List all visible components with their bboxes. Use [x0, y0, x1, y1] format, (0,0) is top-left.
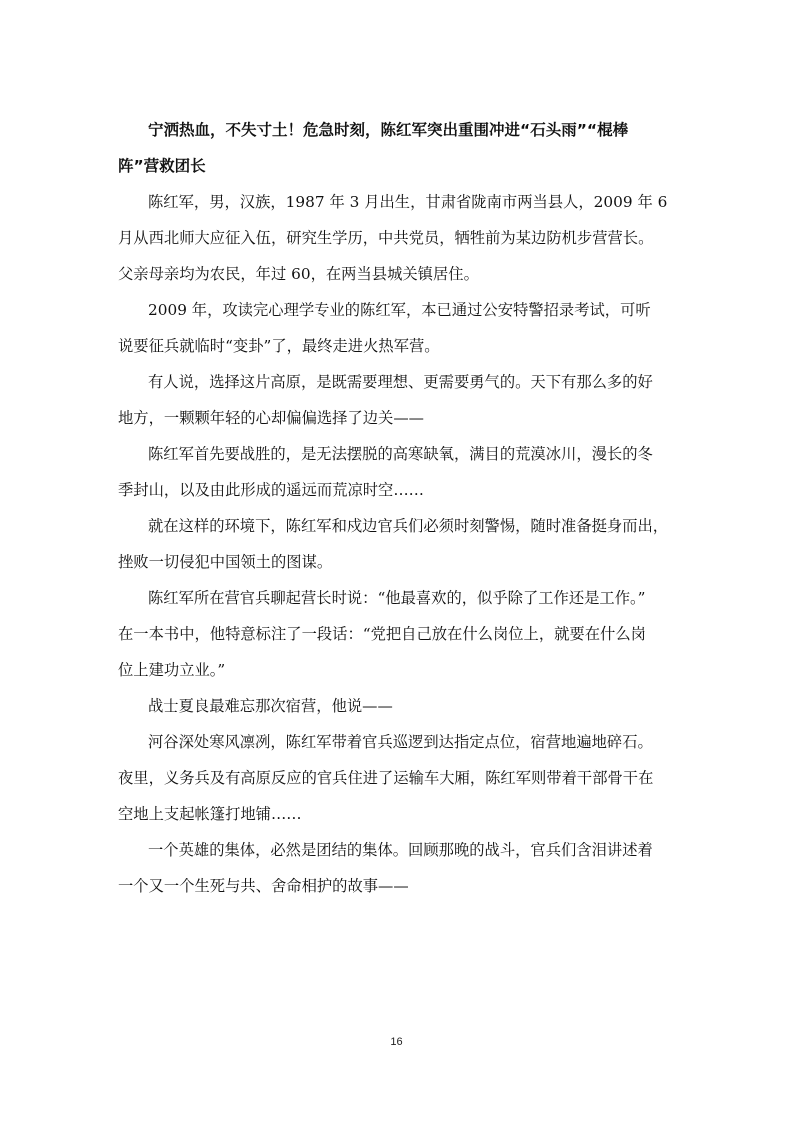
text-line: 一个英雄的集体，必然是团结的集体。回顾那晚的战斗，官兵们含泪讲述着	[118, 832, 670, 868]
paragraph: 有人说，选择这片高原，是既需要理想、更需要勇气的。天下有那么多的好 地方，一颗颗…	[118, 364, 670, 436]
paragraph: 战士夏良最难忘那次宿营，他说——	[118, 688, 670, 724]
heading-line: 阵”营救团长	[118, 148, 670, 184]
document-page: 宁洒热血，不失寸土！危急时刻，陈红军突出重围冲进“石头雨”“棍棒 阵”营救团长 …	[0, 0, 793, 1122]
paragraph: 陈红军所在营官兵聊起营长时说：“他最喜欢的，似乎除了工作还是工作。” 在一本书中…	[118, 580, 670, 688]
text-line: 月从西北师大应征入伍，研究生学历，中共党员，牺牲前为某边防机步营营长。	[118, 220, 670, 256]
text-line: 陈红军首先要战胜的，是无法摆脱的高寒缺氧，满目的荒漠冰川，漫长的冬	[118, 436, 670, 472]
text-line: 河谷深处寒风凛冽，陈红军带着官兵巡逻到达指定点位，宿营地遍地碎石。	[118, 724, 670, 760]
paragraph: 就在这样的环境下，陈红军和戍边官兵们必须时刻警惕，随时准备挺身而出， 挫败一切侵…	[118, 508, 670, 580]
text-line: 有人说，选择这片高原，是既需要理想、更需要勇气的。天下有那么多的好	[118, 364, 670, 400]
page-number: 16	[0, 1036, 793, 1048]
text-line: 一个又一个生死与共、舍命相护的故事——	[118, 868, 670, 904]
text-line: 夜里，义务兵及有高原反应的官兵住进了运输车大厢，陈红军则带着干部骨干在	[118, 760, 670, 796]
text-line: 说要征兵就临时“变卦”了，最终走进火热军营。	[118, 328, 670, 364]
article-heading: 宁洒热血，不失寸土！危急时刻，陈红军突出重围冲进“石头雨”“棍棒 阵”营救团长	[118, 112, 670, 184]
text-line: 在一本书中，他特意标注了一段话：“党把自己放在什么岗位上，就要在什么岗	[118, 616, 670, 652]
text-line: 位上建功立业。”	[118, 652, 670, 688]
text-line: 战士夏良最难忘那次宿营，他说——	[118, 688, 670, 724]
text-line: 空地上支起帐篷打地铺……	[118, 796, 670, 832]
text-line: 陈红军，男，汉族，1987 年 3 月出生，甘肃省陇南市两当县人，2009 年 …	[118, 184, 670, 220]
text-line: 父亲母亲均为农民，年过 60，在两当县城关镇居住。	[118, 256, 670, 292]
text-line: 挫败一切侵犯中国领土的图谋。	[118, 544, 670, 580]
text-line: 就在这样的环境下，陈红军和戍边官兵们必须时刻警惕，随时准备挺身而出，	[118, 508, 670, 544]
paragraph: 2009 年，攻读完心理学专业的陈红军，本已通过公安特警招录考试，可听 说要征兵…	[118, 292, 670, 364]
paragraph: 陈红军首先要战胜的，是无法摆脱的高寒缺氧，满目的荒漠冰川，漫长的冬 季封山，以及…	[118, 436, 670, 508]
paragraph: 陈红军，男，汉族，1987 年 3 月出生，甘肃省陇南市两当县人，2009 年 …	[118, 184, 670, 292]
heading-line: 宁洒热血，不失寸土！危急时刻，陈红军突出重围冲进“石头雨”“棍棒	[118, 112, 670, 148]
paragraph: 一个英雄的集体，必然是团结的集体。回顾那晚的战斗，官兵们含泪讲述着 一个又一个生…	[118, 832, 670, 904]
paragraph: 河谷深处寒风凛冽，陈红军带着官兵巡逻到达指定点位，宿营地遍地碎石。 夜里，义务兵…	[118, 724, 670, 832]
text-line: 地方，一颗颗年轻的心却偏偏选择了边关——	[118, 400, 670, 436]
text-line: 陈红军所在营官兵聊起营长时说：“他最喜欢的，似乎除了工作还是工作。”	[118, 580, 670, 616]
page-content: 宁洒热血，不失寸土！危急时刻，陈红军突出重围冲进“石头雨”“棍棒 阵”营救团长 …	[118, 112, 670, 904]
text-line: 2009 年，攻读完心理学专业的陈红军，本已通过公安特警招录考试，可听	[118, 292, 670, 328]
text-line: 季封山，以及由此形成的遥远而荒凉时空……	[118, 472, 670, 508]
